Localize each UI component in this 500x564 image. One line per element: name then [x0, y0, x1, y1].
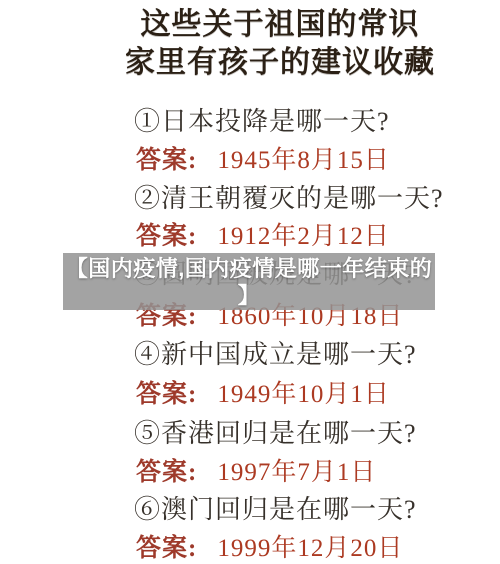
answer-6: 答案:1999年12月20日 — [136, 534, 403, 563]
question-6: ⑥澳门回归是在哪一天? — [134, 495, 417, 525]
caption-overlay-line2: 】 — [238, 282, 261, 309]
answer-5-label: 答案: — [136, 459, 197, 486]
answer-6-label: 答案: — [136, 535, 197, 562]
caption-overlay-band: 【国内疫情,国内疫情是哪一年结束的 】 — [63, 253, 435, 310]
question-5: ⑤香港回归是在哪一天? — [134, 419, 417, 449]
answer-2: 答案:1912年2月12日 — [136, 222, 390, 251]
knowledge-card: 这些关于祖国的常识 家里有孩子的建议收藏 ①日本投降是哪一天? 答案:1945年… — [0, 0, 500, 564]
answer-2-label: 答案: — [136, 223, 197, 250]
answer-1: 答案:1945年8月15日 — [136, 146, 390, 175]
answer-2-value: 1912年2月12日 — [217, 223, 390, 250]
question-4: ④新中国成立是哪一天? — [134, 340, 417, 370]
answer-4: 答案:1949年10月1日 — [136, 380, 390, 409]
page-title: 这些关于祖国的常识 家里有孩子的建议收藏 — [60, 6, 500, 82]
answer-5-value: 1997年7月1日 — [217, 459, 376, 486]
question-2: ②清王朝覆灭的是哪一天? — [134, 184, 444, 214]
answer-4-label: 答案: — [136, 381, 197, 408]
page-title-line1: 这些关于祖国的常识 — [60, 6, 500, 44]
answer-1-value: 1945年8月15日 — [217, 147, 390, 174]
answer-4-value: 1949年10月1日 — [217, 381, 390, 408]
answer-5: 答案:1997年7月1日 — [136, 458, 376, 487]
question-1: ①日本投降是哪一天? — [134, 107, 390, 137]
answer-6-value: 1999年12月20日 — [217, 535, 403, 562]
page-title-line2: 家里有孩子的建议收藏 — [60, 44, 500, 82]
caption-overlay-line1: 【国内疫情,国内疫情是哪一年结束的 — [66, 255, 433, 282]
answer-1-label: 答案: — [136, 147, 197, 174]
